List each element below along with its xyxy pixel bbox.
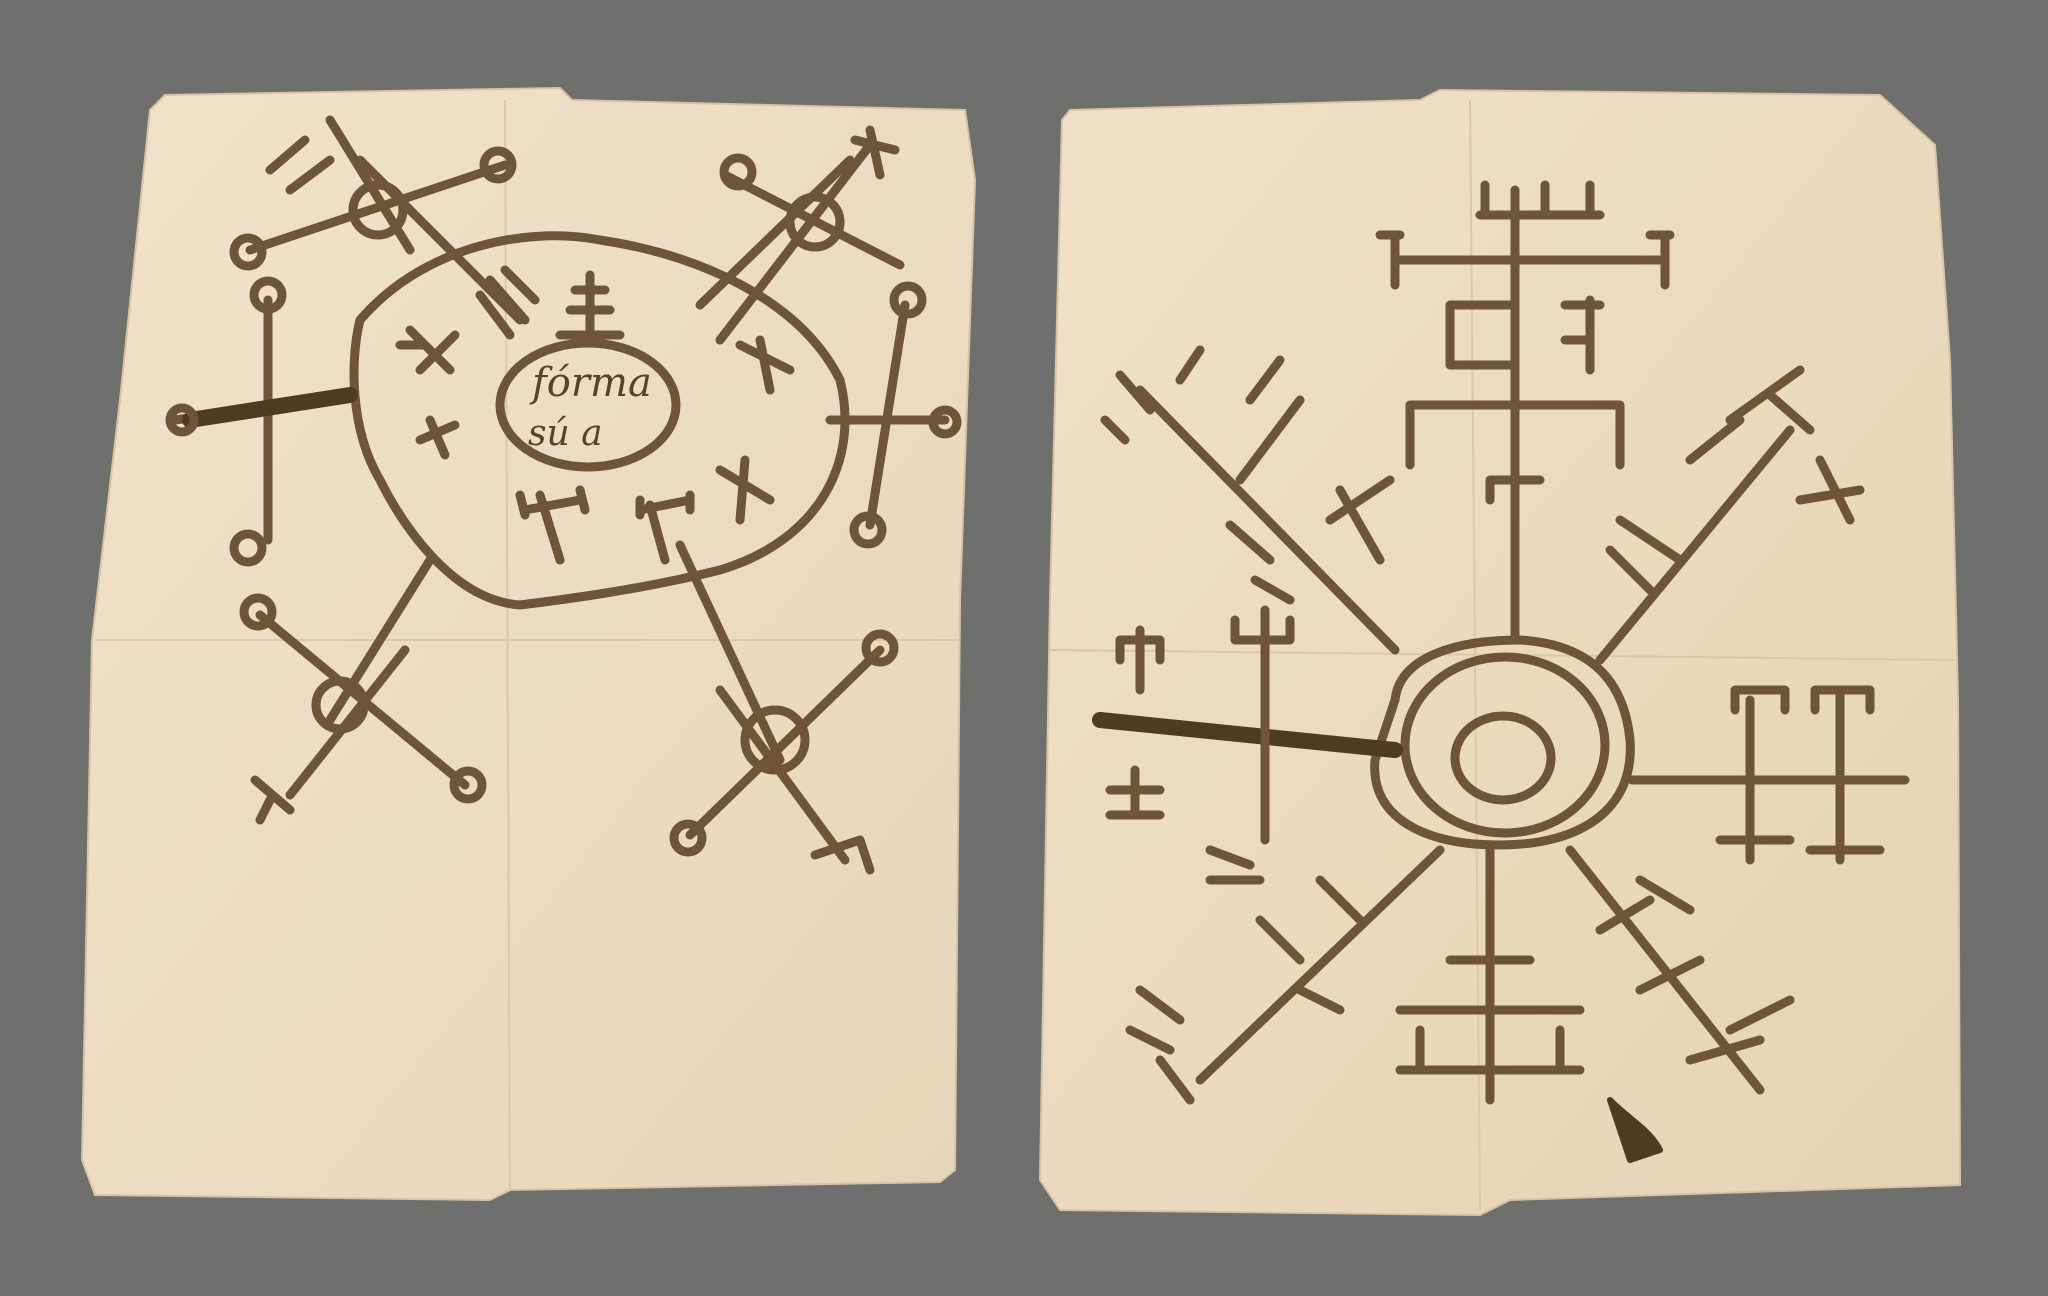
right-manuscript-sheet [1040,90,1960,1215]
photo-scene: fórma sú a [0,0,2048,1296]
inscription-line-2: sú a [528,413,603,454]
inscription-line-1: fórma [529,360,652,406]
left-manuscript-sheet: fórma sú a [82,88,975,1200]
